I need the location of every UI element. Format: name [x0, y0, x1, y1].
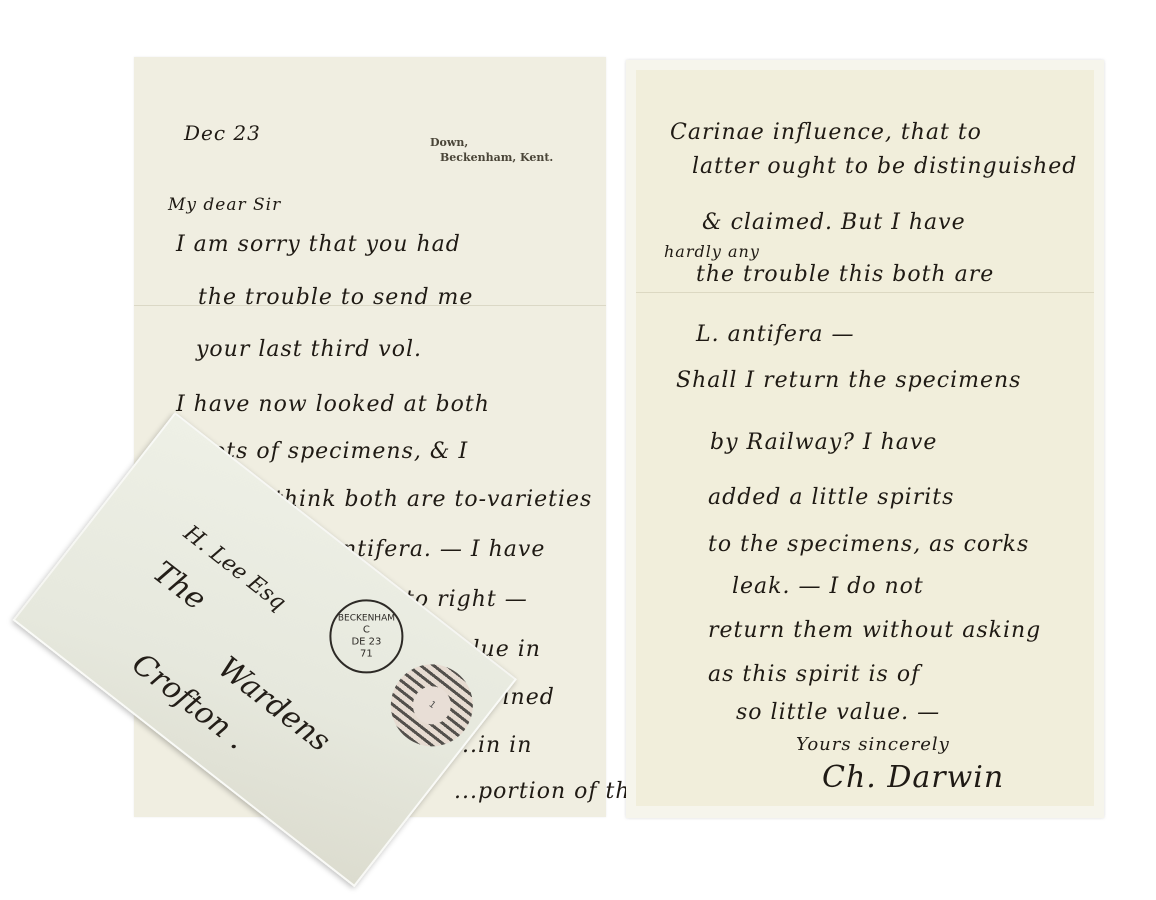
letter-line: added a little spirits — [708, 485, 954, 510]
letter-line: your last third vol. — [196, 337, 422, 362]
salutation: My dear Sir — [168, 195, 281, 215]
letter-line: leak. — I do not — [732, 574, 924, 599]
letter-line: by Railway? I have — [710, 430, 937, 455]
signature: Ch. Darwin — [822, 760, 1004, 795]
letter-line: as this spirit is of — [708, 662, 920, 687]
closing: Yours sincerely — [796, 734, 950, 755]
postmark-code: C — [363, 624, 370, 636]
letterhead: Down, Beckenham, Kent. — [430, 135, 553, 165]
postmark-year: 71 — [360, 648, 373, 660]
letter-page-right-mount: Carinae influence, that to latter ought … — [626, 60, 1104, 818]
envelope-address-line: The — [146, 555, 213, 618]
letter-line-insertion: hardly any — [664, 242, 760, 261]
letter-line: to the specimens, as corks — [708, 532, 1029, 557]
letter-line: I am sorry that you had — [176, 232, 461, 257]
letterhead-line-1: Down, — [430, 136, 468, 149]
letter-date: Dec 23 — [184, 121, 261, 145]
letter-line: L. antifera — — [696, 322, 855, 347]
stamp-value: 1 — [405, 679, 458, 732]
letter-line: Carinae influence, that to — [670, 120, 982, 145]
page-fold — [636, 292, 1094, 293]
postmark-date: DE 23 — [351, 636, 381, 648]
letter-line: so little value. — — [736, 700, 940, 725]
letter-line: think both are to-varieties — [274, 487, 592, 512]
letter-line: the trouble to send me — [198, 285, 473, 310]
letter-page-right: Carinae influence, that to latter ought … — [636, 70, 1094, 806]
letter-line: & claimed. But I have — [702, 210, 966, 235]
postmark-town: BECKENHAM — [338, 612, 395, 624]
letter-line: latter ought to be distinguished — [692, 154, 1077, 179]
letter-line: I have now looked at both — [176, 392, 490, 417]
letterhead-line-2: Beckenham, Kent. — [430, 150, 553, 165]
letter-line: Shall I return the specimens — [676, 368, 1021, 393]
letter-line: the trouble this both are — [696, 262, 994, 287]
letter-line: lots of specimens, & I — [204, 439, 468, 464]
letter-line: ...portion of the — [454, 779, 645, 804]
letter-line: return them without asking — [708, 618, 1041, 643]
postmark: BECKENHAM C DE 23 71 — [329, 599, 403, 673]
